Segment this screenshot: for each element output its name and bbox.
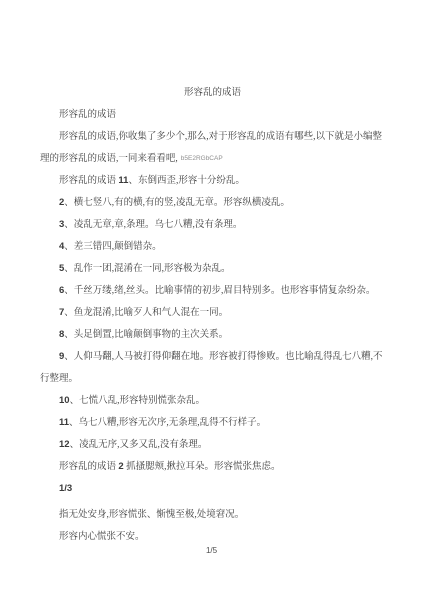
paragraph-text: 、头足倒置,比喻颠倒事物的主次关系。 [64, 330, 228, 340]
paragraph-text: 、千丝万缕,绪,丝头。比喻事情的初步,眉目特别多。也形容事情复杂纷杂。 [64, 286, 375, 296]
paragraph-text: 、乱作一团,混淆在一同,形容极为杂乱。 [64, 264, 230, 274]
paragraph-item-12: 12、凌乱无序,又多又乱,没有条理。 [40, 434, 385, 456]
paragraph-note-1: 指无处安身,形容慌张、惭愧至极,处境窘况。 [40, 504, 385, 526]
watermark-code: b5E2RGbCAP [181, 155, 223, 162]
paragraph-text: 形容乱的成语 [59, 110, 116, 120]
paragraph-text: 、人仰马翻,人马被打得仰翻在地。形容被打得惨败。也比喻乱得乱七八糟,不行整理。 [40, 352, 383, 384]
paragraph-item-4: 4、差三错四,颠倒错杂。 [40, 236, 385, 258]
paragraph-item-8: 8、头足倒置,比喻颠倒事物的主次关系。 [40, 324, 385, 346]
page-number-footer: 1/5 [0, 546, 423, 555]
paragraph-item-2: 2、横七竖八,有的横,有的竖,凌乱无章。形容纵横凌乱。 [40, 192, 385, 214]
paragraph-section-2: 形容乱的成语 2 抓搔腮颊,揪拉耳朵。形容慌张焦虑。 [40, 456, 385, 478]
document-body: 形容乱的成语 形容乱的成语 形容乱的成语,你收集了多少个,那么,对于形容乱的成语… [0, 0, 423, 548]
paragraph-item-10: 10、七慌八乱,形容特别慌张杂乱。 [40, 390, 385, 412]
paragraph-item-5: 5、乱作一团,混淆在一同,形容极为杂乱。 [40, 258, 385, 280]
inline-page-number: 1/3 [59, 483, 72, 494]
item-number: 12 [59, 439, 70, 450]
paragraph-text: 形容乱的成语 [59, 462, 118, 472]
paragraph-inline-page-mark: 1/3 [40, 478, 385, 500]
paragraph-item-7: 7、鱼龙混淆,比喻歹人和气人混在一同。 [40, 302, 385, 324]
paragraph-text: 抓搔腮颊,揪拉耳朵。形容慌张焦虑。 [124, 462, 281, 472]
paragraph-item-6: 6、千丝万缕,绪,丝头。比喻事情的初步,眉目特别多。也形容事情复杂纷杂。 [40, 280, 385, 302]
paragraph-text: 、七慌八乱,形容特别慌张杂乱。 [70, 396, 205, 406]
item-number: 10 [59, 395, 70, 406]
paragraph-item-3: 3、凌乱无章,章,条理。乌七八糟,没有条理。 [40, 214, 385, 236]
paragraph-item-1: 形容乱的成语 11、东倒西歪,形容十分纷乱。 [40, 170, 385, 192]
paragraph-text: 指无处安身,形容慌张、惭愧至极,处境窘况。 [59, 510, 244, 520]
paragraph-intro-heading: 形容乱的成语 [40, 104, 385, 126]
paragraph-text: 、差三错四,颠倒错杂。 [64, 242, 161, 252]
paragraph-intro: 形容乱的成语,你收集了多少个,那么,对于形容乱的成语有哪些,以下就是小编整理的形… [40, 126, 385, 170]
paragraph-item-11: 11、乌七八糟,形容无次序,无条理,乱得不行样子。 [40, 412, 385, 434]
paragraph-note-2: 形容内心慌张不安。 [40, 526, 385, 548]
paragraph-text: 、鱼龙混淆,比喻歹人和气人混在一同。 [64, 308, 228, 318]
document-page: 形容乱的成语 形容乱的成语 形容乱的成语,你收集了多少个,那么,对于形容乱的成语… [0, 0, 423, 600]
paragraph-text: 形容乱的成语 [59, 176, 118, 186]
paragraph-text: 、凌乱无章,章,条理。乌七八糟,没有条理。 [64, 220, 242, 230]
paragraph-text: 、横七竖八,有的横,有的竖,凌乱无章。形容纵横凌乱。 [64, 198, 290, 208]
paragraph-text: 、乌七八糟,形容无次序,无条理,乱得不行样子。 [69, 418, 266, 428]
paragraph-text: 、凌乱无序,又多又乱,没有条理。 [70, 440, 208, 450]
document-title: 形容乱的成语 [40, 82, 385, 104]
paragraph-text: 形容内心慌张不安。 [59, 532, 145, 542]
paragraph-text: 、东倒西歪,形容十分纷乱。 [128, 176, 244, 186]
item-number: 11 [118, 175, 128, 186]
paragraph-item-9: 9、人仰马翻,人马被打得仰翻在地。形容被打得惨败。也比喻乱得乱七八糟,不行整理。 [40, 346, 385, 390]
item-number: 11 [59, 417, 69, 428]
